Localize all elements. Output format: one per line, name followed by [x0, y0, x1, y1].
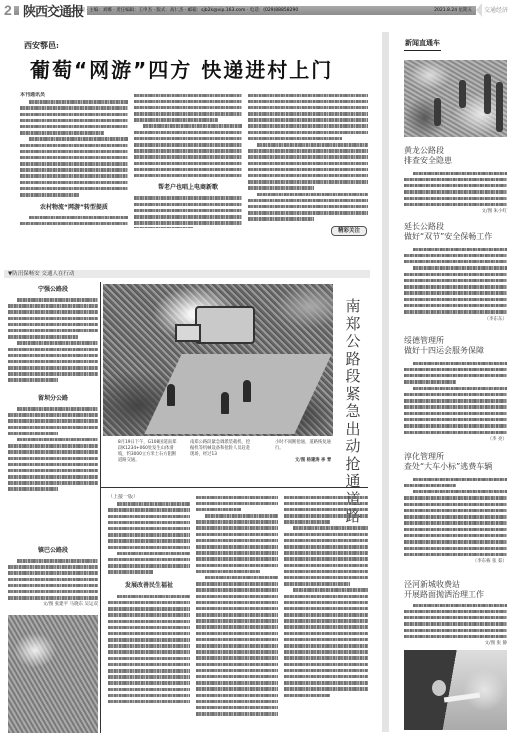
- story-kicker: 西安鄠邑:: [24, 40, 59, 51]
- sidebar-item-2-headline[interactable]: 延长公路段做好“双节”安全保畅工作: [404, 222, 492, 242]
- photo-credit: 文/图 杨建涛 李 青: [295, 458, 331, 464]
- left-story-1-title[interactable]: 宁强公路段: [8, 284, 98, 293]
- left-story-photo: [8, 615, 98, 733]
- lead-story-col-2: 帮老户也唱上电商新歌: [134, 92, 242, 228]
- left-story-1: 宁强公路段: [8, 284, 98, 384]
- sidebar-title: 新闻直通车: [405, 38, 440, 48]
- left-story-2: 留坝分公路: [8, 388, 98, 508]
- left-story-3-title[interactable]: 镇巴公路段: [8, 545, 98, 554]
- center-subhead: 发展改善民生福祉: [108, 580, 190, 589]
- sidebar-stripe: [382, 32, 389, 732]
- sidebar-item-4-body: （李东栋 张 茹）: [404, 476, 507, 566]
- lead-subhead-2: 帮老户也唱上电商新歌: [134, 182, 242, 191]
- sidebar-item-3-body: （李 亮）: [404, 360, 507, 442]
- editors-line: 专版 · 主编：刘娜 · 责任编辑：王申杰 · 版式：高仁杰 · 邮箱：sjb2…: [76, 7, 298, 13]
- lead-subhead-1: 农村物流“网游”转型提质: [20, 202, 128, 211]
- photo-caption-2: 南郑公路段紧急调派装载机、挖掘机等机械设备和抢险人员赶赴现场，经过13: [190, 440, 252, 458]
- column-divider: [100, 282, 101, 733]
- sidebar-item-3-headline[interactable]: 绥德管理所做好十四运会服务保障: [404, 336, 484, 356]
- section-bar: ▼防汛保畅安 交通人在行动: [4, 270, 370, 278]
- sidebar-item-5-headline[interactable]: 泾河新城收费站开展路面抛洒治理工作: [404, 580, 484, 600]
- center-col-2: [196, 494, 278, 733]
- page-number: 2: [4, 2, 14, 18]
- sidebar-item-1-body: 文/图 朱小红: [404, 170, 507, 214]
- page-headline[interactable]: 葡萄“网游”四方 快递进村上门: [30, 54, 333, 83]
- section-tab[interactable]: 交通经济: [476, 4, 510, 15]
- lead-story-col-3: [248, 92, 368, 228]
- sidebar-item-1-headline[interactable]: 黄龙公路段排查安全隐患: [404, 146, 452, 166]
- photo-caption-1: 8月19日下午，G108国道南郑段K1234+060处发生山体滑坡，约3000立…: [118, 440, 180, 464]
- sidebar-item-4-headline[interactable]: 淳化管理所查处“大车小标”逃费车辆: [404, 452, 492, 472]
- sidebar-title-underline: [404, 50, 441, 51]
- featured-stamp: 精彩关注: [331, 226, 367, 236]
- issue-date: 2021.8.24 星期五: [434, 7, 472, 13]
- photo-caption-3: 小时不间断抢通，道路恢复通行。: [275, 440, 337, 452]
- masthead: 2 陕西交通报 专版 · 主编：刘娜 · 责任编辑：王申杰 · 版式：高仁杰 ·…: [0, 0, 512, 22]
- left-story-3-signature: 文/图 张建平 马晓东 吴运双: [8, 602, 98, 608]
- left-story-2-title[interactable]: 留坝分公路: [8, 393, 98, 402]
- sidebar-item-2-body: （李东东）: [404, 246, 507, 322]
- sidebar-photo-workers[interactable]: [404, 60, 507, 137]
- byline: 本刊通讯员: [20, 92, 128, 98]
- lead-story-col-1: 本刊通讯员 农村物流“网游”转型提质: [20, 92, 128, 228]
- center-col-3: [284, 494, 368, 733]
- story-divider: [100, 487, 368, 488]
- left-story-3: 镇巴公路段 文/图 张建平 马晓东 吴运双: [8, 540, 98, 610]
- sidebar-photo-toll-booth[interactable]: [404, 650, 507, 730]
- center-col-1: （上接一版） 发展改善民生福祉: [108, 494, 190, 733]
- vertical-headline[interactable]: 南郑公路段紧急出动抢通道路: [342, 298, 364, 526]
- continued-tag: （上接一版）: [108, 494, 190, 500]
- landslide-photo[interactable]: [103, 284, 333, 436]
- sidebar-item-5-body: 文/图 张 静: [404, 602, 507, 646]
